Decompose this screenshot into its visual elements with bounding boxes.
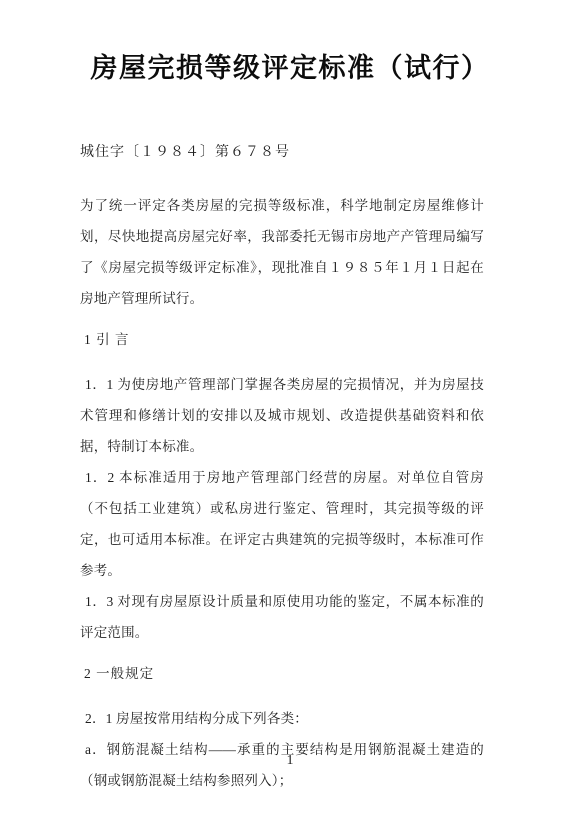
- document-title: 房屋完损等级评定标准（试行）: [0, 50, 580, 86]
- section-heading-general-rules: 2 一般规定: [0, 658, 580, 689]
- document-number: 城住字〔１９８４〕第６７８号: [0, 142, 580, 164]
- paragraph-1-2: 1．2 本标准适用于房地产管理部门经营的房屋。对单位自管房（不包括工业建筑）或私…: [0, 462, 580, 586]
- paragraph-2-1: 2．1 房屋按常用结构分成下列各类：: [0, 703, 580, 734]
- intro-paragraph: 为了统一评定各类房屋的完损等级标准，科学地制定房屋维修计划，尽快地提高房屋完好率…: [0, 190, 580, 314]
- document-page: 房屋完损等级评定标准（试行） 城住字〔１９８４〕第６７８号 为了统一评定各类房屋…: [0, 0, 580, 820]
- paragraph-1-1: 1．1 为使房地产管理部门掌握各类房屋的完损情况，并为房屋技术管理和修缮计划的安…: [0, 369, 580, 462]
- page-number: 1: [0, 750, 580, 772]
- paragraph-1-3: 1．3 对现有房屋原设计质量和原使用功能的鉴定，不属本标准的评定范围。: [0, 586, 580, 648]
- section-heading-introduction: 1 引 言: [0, 324, 580, 355]
